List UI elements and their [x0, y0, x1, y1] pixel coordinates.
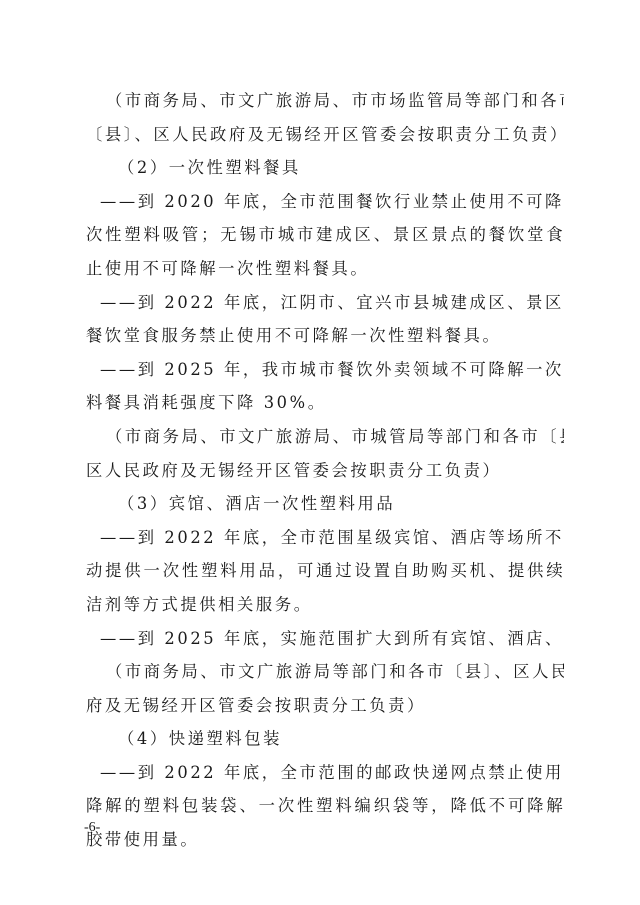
section-heading-4: （4）快递塑料包装: [86, 722, 564, 756]
text-line: 洁剂等方式提供相关服务。: [86, 588, 564, 622]
text-line: 止使用不可降解一次性塑料餐具。: [86, 252, 564, 286]
target-item: ——到 2025 年，我市城市餐饮外卖领域不可降解一次性塑: [86, 353, 564, 387]
responsibility-note: （市商务局、市文广旅游局、市城管局等部门和各市〔县〕、: [86, 420, 564, 454]
text-line: 次性塑料吸管；无锡市城市建成区、景区景点的餐饮堂食服务禁: [86, 218, 564, 252]
section-heading-2: （2）一次性塑料餐具: [86, 151, 564, 185]
target-item: ——到 2022 年底，全市范围星级宾馆、酒店等场所不再主: [86, 521, 564, 555]
document-page: （市商务局、市文广旅游局、市市场监管局等部门和各市 〔县〕、区人民政府及无锡经开…: [0, 0, 640, 905]
text-line: 府及无锡经开区管委会按职责分工负责）: [86, 689, 564, 723]
text-line: 〔县〕、区人民政府及无锡经开区管委会按职责分工负责）: [86, 118, 564, 152]
responsibility-note: （市商务局、市文广旅游局等部门和各市〔县〕、区人民政: [86, 655, 564, 689]
section-heading-3: （3）宾馆、酒店一次性塑料用品: [86, 487, 564, 521]
target-item: ——到 2025 年底，实施范围扩大到所有宾馆、酒店、民宿。: [86, 622, 564, 656]
text-line: 降解的塑料包装袋、一次性塑料编织袋等，降低不可降解的塑料: [86, 789, 564, 823]
responsibility-note: （市商务局、市文广旅游局、市市场监管局等部门和各市: [86, 84, 564, 118]
target-item: ——到 2022 年底，江阴市、宜兴市县城建成区、景区景点: [86, 286, 564, 320]
text-line: 胶带使用量。: [86, 823, 564, 857]
text-line: 餐饮堂食服务禁止使用不可降解一次性塑料餐具。: [86, 319, 564, 353]
target-item: ——到 2022 年底，全市范围的邮政快递网点禁止使用不可: [86, 756, 564, 790]
page-number: -6-: [84, 820, 100, 836]
text-line: 区人民政府及无锡经开区管委会按职责分工负责）: [86, 454, 564, 488]
text-line: 料餐具消耗强度下降 30%。: [86, 386, 564, 420]
target-item: ——到 2020 年底，全市范围餐饮行业禁止使用不可降解一: [86, 185, 564, 219]
text-line: 动提供一次性塑料用品，可通过设置自助购买机、提供续充型洗: [86, 554, 564, 588]
body-text: （市商务局、市文广旅游局、市市场监管局等部门和各市 〔县〕、区人民政府及无锡经开…: [86, 84, 564, 857]
